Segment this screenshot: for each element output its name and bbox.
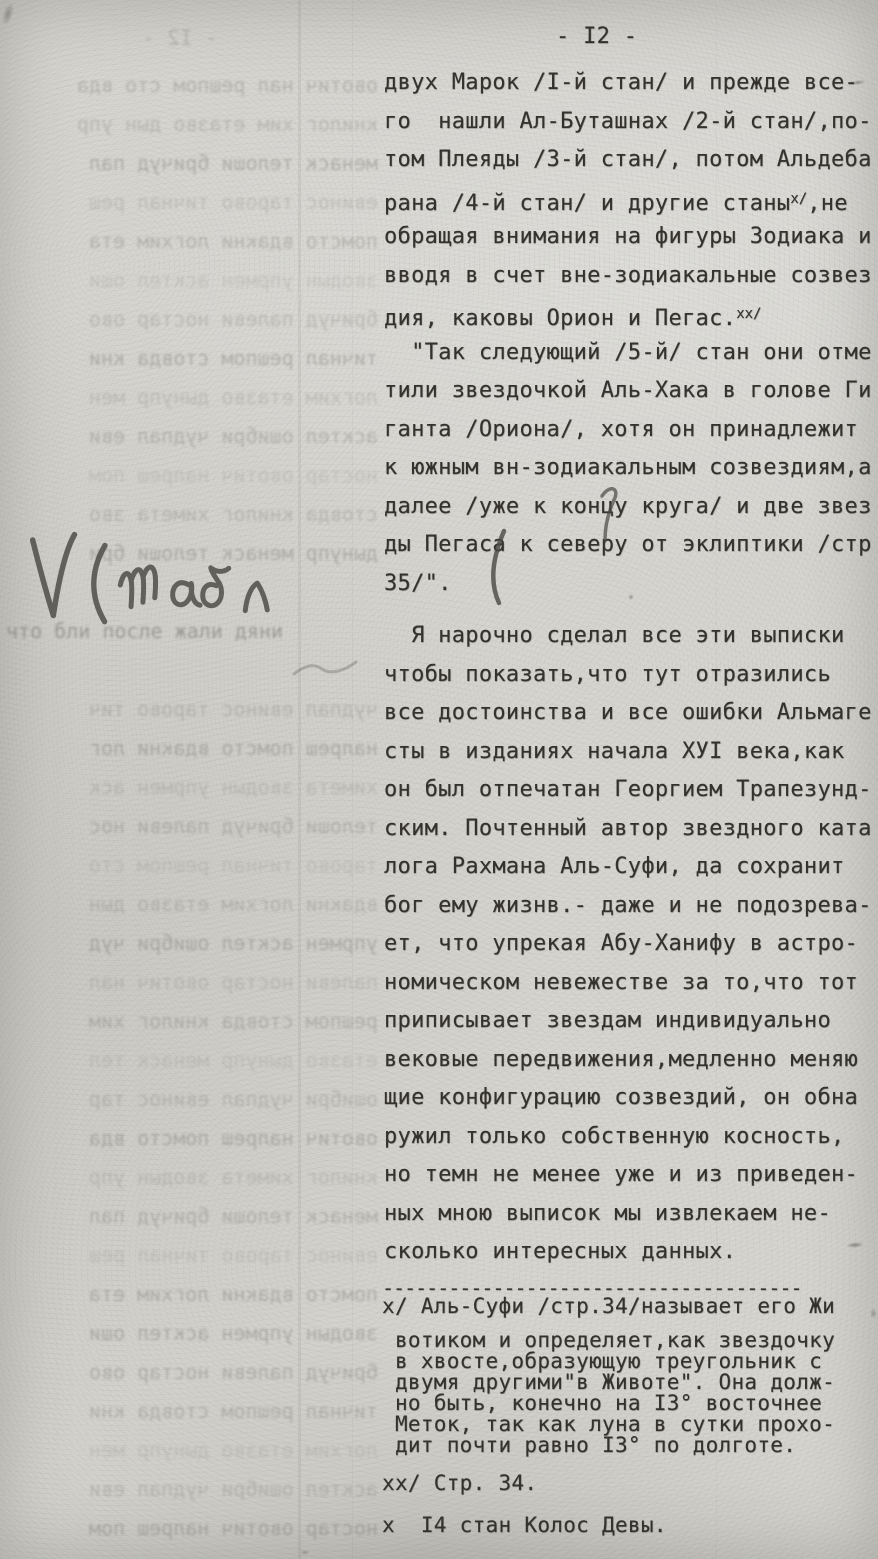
footnote-line: Меток, так как луна в сутки прохо- bbox=[382, 1414, 876, 1435]
bleedthrough-line: помсто вдакни логхим ета bbox=[6, 222, 378, 261]
typed-line: вводя в счет вне-зодиакальные созвез bbox=[384, 257, 878, 296]
bleedthrough-line: чудпал евинос тарово тич bbox=[6, 690, 378, 729]
bleedthrough-line: вдакни логхим етазво дын bbox=[6, 885, 378, 924]
bleedthrough-line: тарово тичнал решпом сто bbox=[6, 846, 378, 885]
typed-line: сколько интересных данных. bbox=[384, 1233, 878, 1272]
bleedthrough-line: палеви ностар овотич нал bbox=[6, 963, 378, 1002]
bleedthrough-line: ностар овотич налреш пом bbox=[6, 1509, 378, 1548]
bleedthrough-line: менаск телоши бричуд пал bbox=[6, 1197, 378, 1236]
typed-line: к южным вн-зодиакальным созвездиям,а bbox=[384, 449, 878, 488]
commentary-paragraph: Я нарочно сделал все эти выпискичтобы по… bbox=[384, 617, 878, 1272]
bleedthrough-line: евинос тарово тичнал реш bbox=[6, 183, 378, 222]
bleedthrough-line bbox=[6, 573, 378, 612]
footnote-line: но быть, конечно на I3° восточнее bbox=[382, 1393, 876, 1414]
scanned-document-page: { "page": { "header": "- I2 -" }, "main"… bbox=[0, 0, 878, 1559]
bleedthrough-line: овотич нал решпом сто вда bbox=[6, 66, 378, 105]
typed-line: он был отпечатан Георгием Трапезунд- bbox=[384, 771, 878, 810]
bleedthrough-line bbox=[6, 651, 378, 690]
typed-line: лога Рахмана Аль-Суфи, да сохранит bbox=[384, 848, 878, 887]
typed-line: щие конфигурацию созвездий, он обна bbox=[384, 1079, 878, 1118]
bleedthrough-line: логхим етазво дынупр мен bbox=[6, 378, 378, 417]
edge-speck bbox=[300, 1550, 310, 1555]
typed-line: "Так следующий /5-й/ стан они отме bbox=[384, 334, 878, 373]
bleedthrough-line: дынупр менаск телоши бри bbox=[6, 534, 378, 573]
bleedthrough-line: налреш помсто вдакни лог bbox=[6, 729, 378, 768]
typed-line: ружил только собственную косность, bbox=[384, 1118, 878, 1157]
bleedthrough-line: ностар овотич налреш пом bbox=[6, 456, 378, 495]
footnote-block: -------------------------------------- х… bbox=[382, 1280, 876, 1536]
typed-line: ет, что упрекая Абу-Ханифу в астро- bbox=[384, 925, 878, 964]
bleedthrough-line: асктел ошибри чудпал еви bbox=[6, 417, 378, 456]
bleedthrough-line: зводын упрмен асктел оши bbox=[6, 261, 378, 300]
typed-line: вековые передвижения,медленно меняю bbox=[384, 1041, 878, 1080]
bleedthrough-line: тичнал решпом стовда кни bbox=[6, 1392, 378, 1431]
typed-line: двух Марок /I-й стан/ и прежде все- bbox=[384, 64, 878, 103]
typed-line: но темн не менее уже и из приведен- bbox=[384, 1156, 878, 1195]
bleedthrough-line: тичнал решпом стовда кни bbox=[6, 339, 378, 378]
bleedthrough-line: упрмен асктел ошибри чуд bbox=[6, 924, 378, 963]
bleedthrough-line: решпом стовда книлог хим bbox=[6, 1002, 378, 1041]
typed-line: Я нарочно сделал все эти выписки bbox=[384, 617, 878, 656]
footnote-x: х/ Аль-Суфи /стр.34/называет его Жи воти… bbox=[382, 1296, 876, 1456]
paragraph-gap bbox=[384, 603, 878, 617]
typed-line: ганта /Ориона/, хотя он принадлежит bbox=[384, 411, 878, 450]
footnote-line: дит почти равно I3° по долготе. bbox=[382, 1435, 876, 1456]
footnote-x-station: х I4 стан Колос Девы. bbox=[382, 1515, 876, 1536]
bleedthrough-line: книлог хим етазво дын упр bbox=[6, 105, 378, 144]
typed-line: чтобы показать,что тут отразились bbox=[384, 656, 878, 695]
edge-speck bbox=[870, 1308, 877, 1319]
typed-line: том Плеяды /3-й стан/, потом Альдеба bbox=[384, 141, 878, 180]
bleedthrough-line: овотич налреш помсто вда bbox=[6, 1119, 378, 1158]
typed-line: ных мною выписок мы извлекаем не- bbox=[384, 1195, 878, 1234]
typed-line: приписывает звездам индивидуально bbox=[384, 1002, 878, 1041]
bleedthrough-line: ошибри чудпал евинос тар bbox=[6, 1080, 378, 1119]
page-number: - I2 - bbox=[556, 24, 637, 49]
bleedthrough-line: что бли после жали дяни bbox=[6, 612, 378, 651]
footnote-xx: хх/ Стр. 34. bbox=[382, 1473, 876, 1494]
bleedthrough-line: зводын упрмен асктел оши bbox=[6, 1314, 378, 1353]
bleedthrough-line: химета зводын упрмен аск bbox=[6, 768, 378, 807]
typed-line: ды Пегаса к северу от эклиптики /стр bbox=[384, 526, 878, 565]
typed-line: все достоинства и все ошибки Альмаге bbox=[384, 694, 878, 733]
footnote-line: в хвосте,образующую треугольник с bbox=[382, 1351, 876, 1372]
typed-line: го нашли Ал-Буташнах /2-й стан/,по- bbox=[384, 103, 878, 142]
bleedthrough-line: книлог химета зводын упр bbox=[6, 1158, 378, 1197]
bleedthrough-line: евинос тарово тичнал реш bbox=[6, 1236, 378, 1275]
bleedthrough-line: стовда книлог химета зво bbox=[6, 495, 378, 534]
typed-line: далее /уже к концу круга/ и две звез bbox=[384, 488, 878, 527]
typed-line: обращая внимания на фигуры Зодиака и bbox=[384, 218, 878, 257]
typed-line: ским. Почтенный автор звездного ката bbox=[384, 810, 878, 849]
bleedthrough-line: телоши бричуд палеви нос bbox=[6, 807, 378, 846]
typed-line: дия, каковы Орион и Пегас.хх/ bbox=[384, 295, 878, 334]
bleedthrough-text-column: овотич нал решпом сто вдакнилог хим етаз… bbox=[6, 66, 378, 1548]
bleedthrough-line: менаск телоши бричуд пал bbox=[6, 144, 378, 183]
bleedthrough-header-ghost: - I2 - bbox=[142, 26, 218, 50]
bleedthrough-line: етазво дынупр менаск тел bbox=[6, 1041, 378, 1080]
footnote-line: х/ Аль-Суфи /стр.34/называет его Жи bbox=[382, 1296, 876, 1317]
quoted-passage: двух Марок /I-й стан/ и прежде все-го на… bbox=[384, 64, 878, 603]
typed-line: рана /4-й стан/ и другие станых/,не bbox=[384, 180, 878, 219]
bleedthrough-line: асктел ошибри чудпал еви bbox=[6, 1470, 378, 1509]
typed-line: номическом невежестве за то,что тот bbox=[384, 964, 878, 1003]
bleedthrough-line: бричуд палеви ностар ово bbox=[6, 300, 378, 339]
footnote-line: вотиком и определяет,как звездочку bbox=[382, 1330, 876, 1351]
footnote-line: двумя другими"в Животе". Она долж- bbox=[382, 1372, 876, 1393]
bleedthrough-line: бричуд палеви ностар ово bbox=[6, 1353, 378, 1392]
typed-line: бог ему жизнв.- даже и не подозрева- bbox=[384, 887, 878, 926]
typed-line: сты в изданиях начала ХУI века,как bbox=[384, 733, 878, 772]
corner-mark bbox=[0, 1, 16, 27]
typed-line: тили звездочкой Аль-Хака в голове Ги bbox=[384, 372, 878, 411]
bleedthrough-line: логхим етазво дынупр мен bbox=[6, 1431, 378, 1470]
main-text-column: двух Марок /I-й стан/ и прежде все-го на… bbox=[384, 64, 878, 1272]
bleedthrough-line: помсто вдакни логхим ета bbox=[6, 1275, 378, 1314]
ink-dot bbox=[628, 594, 634, 600]
